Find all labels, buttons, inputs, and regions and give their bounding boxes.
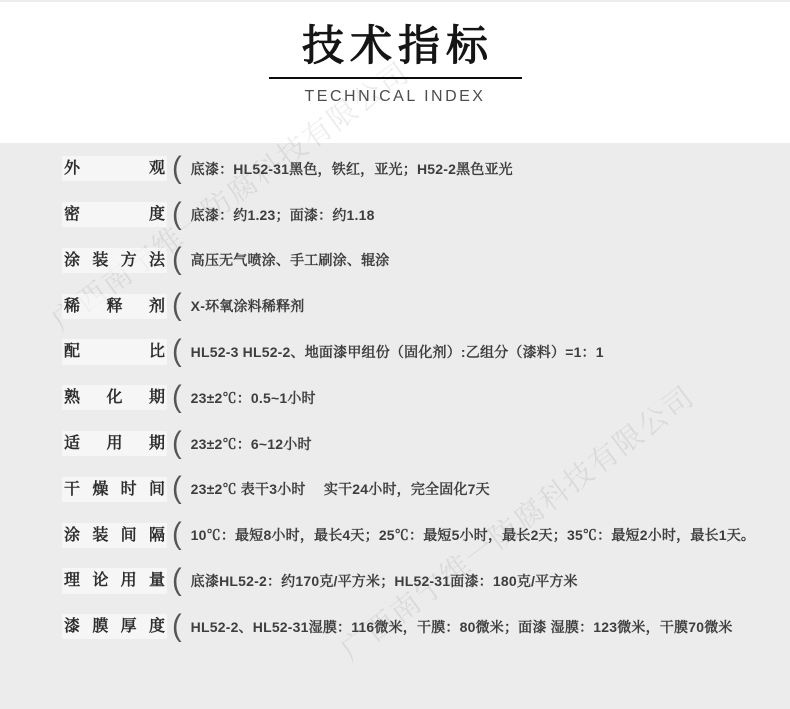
- spec-row-label: 配比: [62, 339, 167, 364]
- open-bracket: (: [172, 154, 182, 181]
- spec-row-value: 10℃：最短8小时，最长4天；25℃：最短5小时，最长2天；35℃：最短2小时，…: [191, 525, 755, 545]
- spec-row-value: 底漆HL52-2：约170克/平方米；HL52-31面漆：180克/平方米: [191, 571, 578, 591]
- spec-row-application-method: 涂装方法 ( 高压无气喷涂、手工刷涂、辊涂: [62, 238, 772, 284]
- spec-row-label: 涂装方法: [62, 248, 167, 273]
- open-bracket: (: [172, 475, 182, 502]
- page-subtitle: TECHNICAL INDEX: [305, 88, 486, 106]
- spec-row-label: 涂装间隔: [62, 523, 167, 548]
- open-bracket: (: [172, 383, 182, 410]
- spec-row-label: 熟化期: [62, 385, 167, 410]
- spec-row-mix-ratio: 配比 ( HL52-3 HL52-2、地面漆甲组份（固化剂）:乙组分（漆料）=1…: [62, 329, 772, 375]
- spec-row-theoretical-consumption: 理论用量 ( 底漆HL52-2：约170克/平方米；HL52-31面漆：180克…: [62, 558, 772, 604]
- open-bracket: (: [172, 337, 182, 364]
- spec-row-label: 干燥时间: [62, 477, 167, 502]
- spec-row-maturation-period: 熟化期 ( 23±2℃：0.5~1小时: [62, 375, 772, 421]
- spec-row-value: 23±2℃：0.5~1小时: [191, 388, 316, 408]
- spec-row-label: 适用期: [62, 431, 167, 456]
- open-bracket: (: [172, 246, 182, 273]
- open-bracket: (: [172, 612, 182, 639]
- spec-row-label: 理论用量: [62, 568, 167, 593]
- spec-row-recoat-interval: 涂装间隔 ( 10℃：最短8小时，最长4天；25℃：最短5小时，最长2天；35℃…: [62, 512, 772, 558]
- spec-row-film-thickness: 漆膜厚度 ( HL52-2、HL52-31湿膜：116微米，干膜：80微米；面漆…: [62, 604, 772, 650]
- spec-row-appearance: 外观 ( 底漆：HL52-31黑色，铁红，亚光；H52-2黑色亚光: [62, 146, 772, 192]
- spec-row-label: 外观: [62, 156, 167, 181]
- spec-row-label: 密度: [62, 202, 167, 227]
- spec-row-drying-time: 干燥时间 ( 23±2℃ 表干3小时 实干24小时，完全固化7天: [62, 467, 772, 513]
- spec-row-value: 底漆：HL52-31黑色，铁红，亚光；H52-2黑色亚光: [191, 159, 513, 179]
- open-bracket: (: [172, 200, 182, 227]
- open-bracket: (: [172, 292, 182, 319]
- spec-row-value: 高压无气喷涂、手工刷涂、辊涂: [191, 250, 390, 270]
- spec-row-value: HL52-3 HL52-2、地面漆甲组份（固化剂）:乙组分（漆料）=1：1: [191, 342, 604, 362]
- spec-row-thinner: 稀释剂 ( X-环氧涂料稀释剂: [62, 283, 772, 329]
- spec-row-value: 底漆：约1.23；面漆：约1.18: [191, 205, 375, 225]
- spec-row-value: X-环氧涂料稀释剂: [191, 296, 305, 316]
- spec-row-value: HL52-2、HL52-31湿膜：116微米，干膜：80微米；面漆 湿膜：123…: [191, 617, 733, 637]
- title-underline: [269, 77, 522, 79]
- spec-table: 外观 ( 底漆：HL52-31黑色，铁红，亚光；H52-2黑色亚光 密度 ( 底…: [0, 145, 790, 709]
- open-bracket: (: [172, 429, 182, 456]
- spec-row-pot-life: 适用期 ( 23±2℃：6~12小时: [62, 421, 772, 467]
- spec-row-density: 密度 ( 底漆：约1.23；面漆：约1.18: [62, 192, 772, 238]
- open-bracket: (: [172, 566, 182, 593]
- spec-row-value: 23±2℃ 表干3小时 实干24小时，完全固化7天: [191, 479, 490, 499]
- spec-sheet-page: 广西南宁维一防腐科技有限公司 广西南宁维一防腐科技有限公司 技术指标 TECHN…: [0, 0, 790, 709]
- spec-row-label: 稀释剂: [62, 294, 167, 319]
- open-bracket: (: [172, 521, 182, 548]
- header: 技术指标 TECHNICAL INDEX: [0, 2, 790, 143]
- spec-row-value: 23±2℃：6~12小时: [191, 434, 312, 454]
- page-title: 技术指标: [296, 23, 494, 69]
- spec-row-label: 漆膜厚度: [62, 614, 167, 639]
